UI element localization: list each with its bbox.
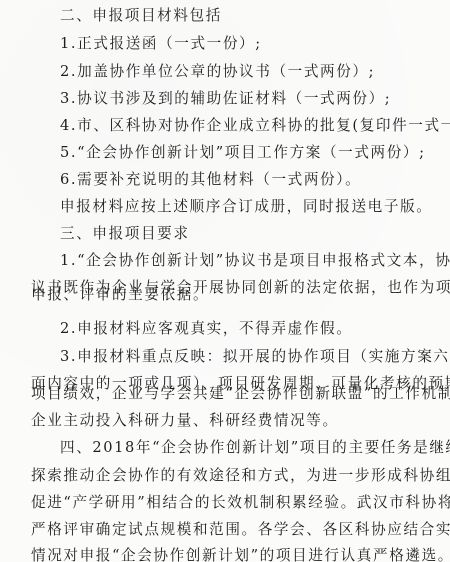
section-4-line-1: 四、2018年“企会协作创新计划”项目的主要任务是继续 (60, 438, 450, 458)
requirement-3-line-4: 企业主动投入科研力量、科研经费情况等。 (31, 411, 339, 431)
section-4-line-2: 探索推动企会协作的有效途径和方式，为进一步形成科协组织 (31, 466, 450, 486)
material-item-5: 5.“企会协作创新计划”项目工作方案（一式两份）; (60, 143, 426, 163)
material-item-4: 4.市、区科协对协作企业成立科协的批复(复印件一式一份); (60, 116, 450, 136)
material-item-2: 2.加盖协作单位公章的协议书（一式两份）; (60, 62, 375, 82)
section-4-line-5: 情况对申报“企会协作创新计划”的项目进行认真严格遴选。 (31, 546, 450, 562)
section-4-line-3: 促进“产学研用”相结合的长效机制积累经验。武汉市科协将 (31, 493, 450, 513)
materials-note: 申报材料应按上述顺序合订成册，同时报送电子版。 (60, 197, 432, 217)
requirement-3-line-3: 项目绩效，企业与学会共建“企会协作创新联盟”的工作机制， (31, 384, 450, 404)
material-item-6: 6.需要补充说明的其他材料（一式两份）。 (60, 170, 361, 190)
material-item-1: 1.正式报送函（一式一份）; (60, 34, 262, 54)
section-heading-materials: 二、申报项目材料包括 (60, 6, 222, 26)
material-item-3: 3.协议书涉及到的辅助佐证材料（一式两份）; (60, 89, 391, 109)
requirement-2-line-1: 2.申报材料应客观真实，不得弄虚作假。 (60, 319, 352, 339)
requirement-1-line-3: 申报、评审的主要依据。 (31, 285, 209, 305)
requirement-3-line-1: 3.申报材料重点反映：拟开展的协作项目（实施方案六方 (60, 347, 450, 367)
requirement-1-line-1: 1.“企会协作创新计划”协议书是项目申报格式文本，协 (60, 251, 450, 271)
document-page: 二、申报项目材料包括 1.正式报送函（一式一份）; 2.加盖协作单位公章的协议书… (0, 0, 450, 562)
section-4-line-4: 严格评审确定试点规模和范围。各学会、各区科协应结合实际 (31, 520, 450, 540)
section-heading-requirements: 三、申报项目要求 (60, 224, 190, 244)
